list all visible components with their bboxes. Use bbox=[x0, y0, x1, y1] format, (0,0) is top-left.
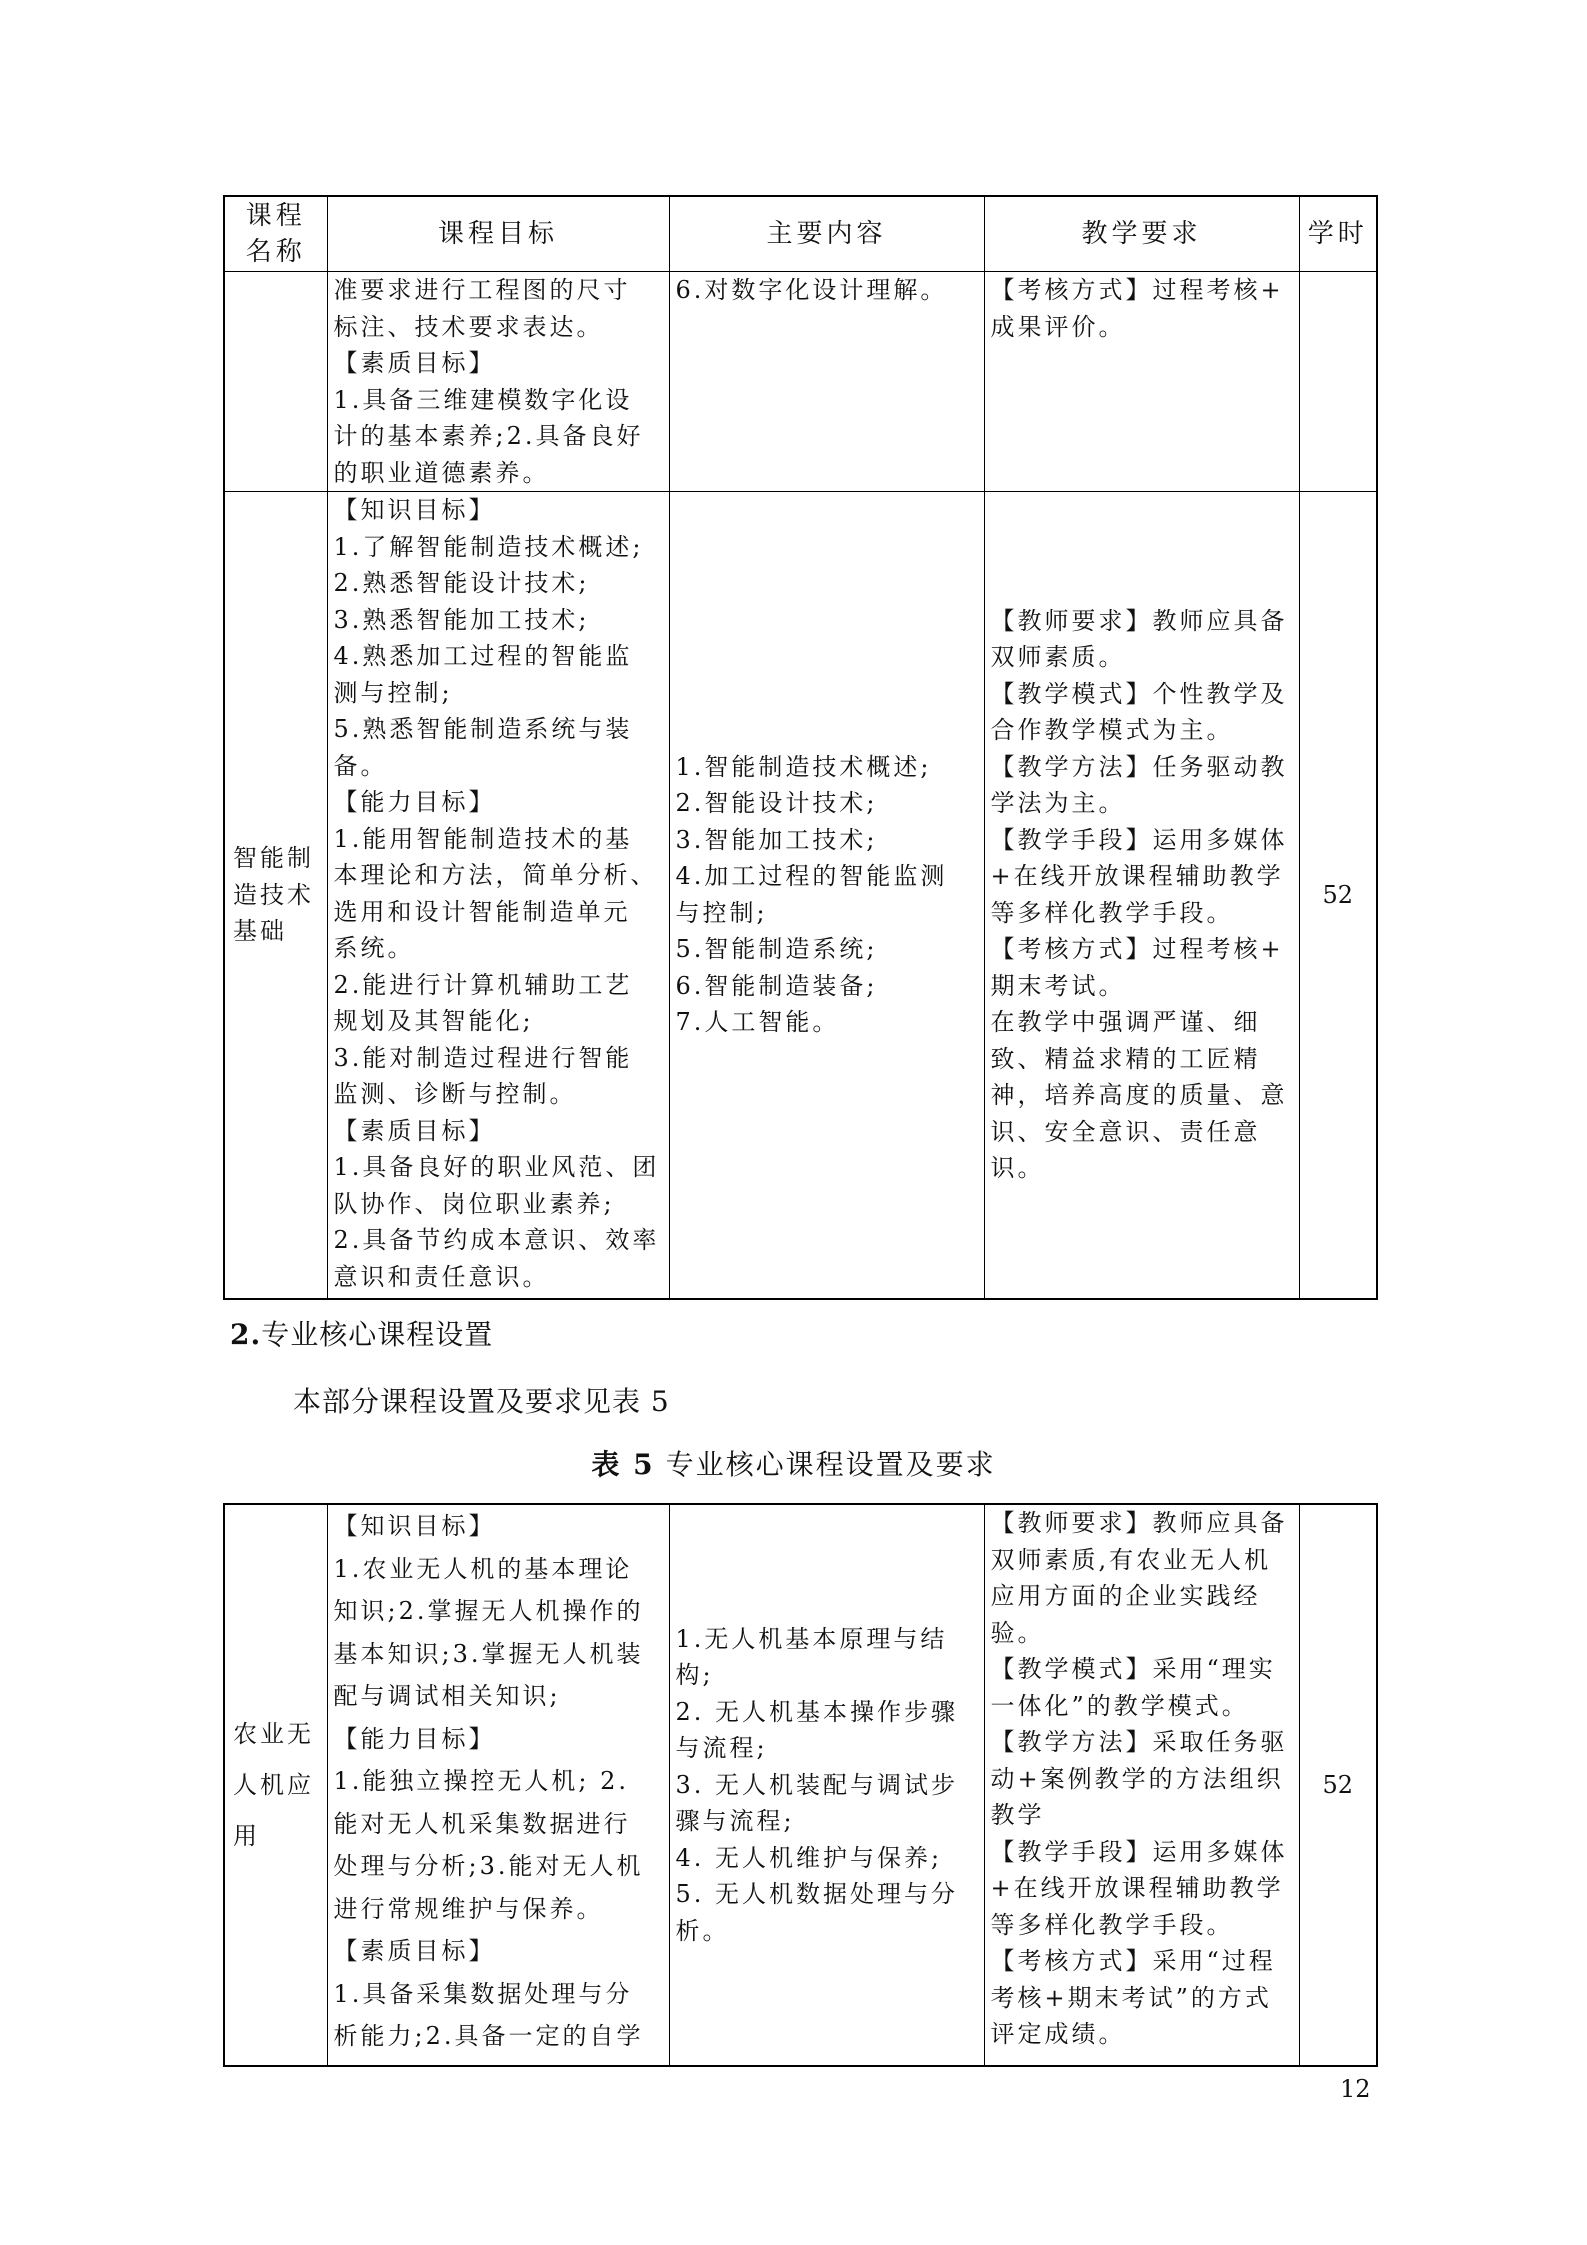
header-hours: 学时 bbox=[1299, 196, 1377, 272]
cell-line: 5.熟悉智能制造系统与装 bbox=[334, 711, 663, 748]
cell-line: 规划及其智能化; bbox=[334, 1003, 663, 1040]
header-course-goals: 课程目标 bbox=[327, 196, 669, 272]
cell-line: 等多样化教学手段。 bbox=[991, 1907, 1293, 1944]
cell-line: 【知识目标】 bbox=[334, 492, 663, 529]
cell-line: 的职业道德素养。 bbox=[334, 455, 663, 492]
course-name-line: 农业无 bbox=[233, 1709, 319, 1760]
cell-line: 1.具备良好的职业风范、团 bbox=[334, 1149, 663, 1186]
cell-line: 【知识目标】 bbox=[334, 1505, 663, 1548]
cell-line: 【能力目标】 bbox=[334, 1718, 663, 1761]
header-teaching-requirements: 教学要求 bbox=[984, 196, 1299, 272]
cell-line: 2.智能设计技术; bbox=[676, 785, 978, 822]
cell-line: 3.熟悉智能加工技术; bbox=[334, 602, 663, 639]
cell-line: 与流程; bbox=[676, 1730, 978, 1767]
cell-line: 双师素质。 bbox=[991, 639, 1293, 676]
main-content-cell: 6.对数字化设计理解。 bbox=[669, 272, 984, 492]
cell-line: 1.具备三维建模数字化设 bbox=[334, 382, 663, 419]
course-name-cell: 农业无人机应用 bbox=[224, 1504, 327, 2066]
cell-line: 等多样化教学手段。 bbox=[991, 895, 1293, 932]
course-name-line: 智能制 bbox=[233, 840, 319, 877]
cell-line: 队协作、岗位职业素养; bbox=[334, 1186, 663, 1223]
course-name-line: 用 bbox=[233, 1811, 319, 1862]
cell-line: 致、精益求精的工匠精 bbox=[991, 1041, 1293, 1078]
cell-line: 标注、技术要求表达。 bbox=[334, 309, 663, 346]
course-goals-cell: 准要求进行工程图的尺寸标注、技术要求表达。【素质目标】1.具备三维建模数字化设计… bbox=[327, 272, 669, 492]
cell-line: 【教学手段】运用多媒体 bbox=[991, 1834, 1293, 1871]
cell-line: 【素质目标】 bbox=[334, 345, 663, 382]
cell-line: 验。 bbox=[991, 1615, 1293, 1652]
cell-line: 【素质目标】 bbox=[334, 1930, 663, 1973]
cell-line: 考核+期末考试”的方式 bbox=[991, 1980, 1293, 2017]
cell-line: 4.熟悉加工过程的智能监 bbox=[334, 638, 663, 675]
cell-line: 测与控制; bbox=[334, 675, 663, 712]
course-name-line: 造技术 bbox=[233, 877, 319, 914]
teaching-requirements-cell: 【教师要求】教师应具备双师素质。【教学模式】个性教学及合作教学模式为主。【教学方… bbox=[984, 492, 1299, 1299]
cell-line: 神，培养高度的质量、意 bbox=[991, 1077, 1293, 1114]
cell-line: 【教学模式】采用“理实 bbox=[991, 1651, 1293, 1688]
cell-line: 析能力;2.具备一定的自学 bbox=[334, 2015, 663, 2058]
cell-line: 【考核方式】采用“过程 bbox=[991, 1943, 1293, 1980]
cell-line: 意识和责任意识。 bbox=[334, 1259, 663, 1296]
cell-line: 【教师要求】教师应具备 bbox=[991, 1505, 1293, 1542]
cell-line: 4. 无人机维护与保养; bbox=[676, 1840, 978, 1877]
cell-line: 备。 bbox=[334, 748, 663, 785]
cell-line: 2.具备节约成本意识、效率 bbox=[334, 1222, 663, 1259]
cell-line: 2. 无人机基本操作步骤 bbox=[676, 1694, 978, 1731]
course-goals-cell: 【知识目标】1.了解智能制造技术概述;2.熟悉智能设计技术;3.熟悉智能加工技术… bbox=[327, 492, 669, 1299]
cell-line: 骤与流程; bbox=[676, 1803, 978, 1840]
hours-cell: 52 bbox=[1299, 492, 1377, 1299]
table-row: 准要求进行工程图的尺寸标注、技术要求表达。【素质目标】1.具备三维建模数字化设计… bbox=[224, 272, 1377, 492]
cell-line: 【教学方法】采取任务驱 bbox=[991, 1724, 1293, 1761]
hours-cell: 52 bbox=[1299, 1504, 1377, 2066]
cell-line: 系统。 bbox=[334, 930, 663, 967]
cell-line: 合作教学模式为主。 bbox=[991, 712, 1293, 749]
header-course-name: 课程 名称 bbox=[224, 196, 327, 272]
page-number: 12 bbox=[1340, 2075, 1371, 2103]
cell-line: 双师素质,有农业无人机 bbox=[991, 1542, 1293, 1579]
cell-line: 【考核方式】过程考核+ bbox=[991, 272, 1293, 309]
cell-line: 1.农业无人机的基本理论 bbox=[334, 1548, 663, 1591]
course-goals-cell: 【知识目标】1.农业无人机的基本理论知识;2.掌握无人机操作的基本知识;3.掌握… bbox=[327, 1504, 669, 2066]
cell-line: 期末考试。 bbox=[991, 968, 1293, 1005]
cell-line: 基本知识;3.掌握无人机装 bbox=[334, 1633, 663, 1676]
cell-line: 1.无人机基本原理与结 bbox=[676, 1621, 978, 1658]
section-number: 2. bbox=[230, 1318, 261, 1351]
cell-line: 识、安全意识、责任意识。 bbox=[991, 1114, 1293, 1187]
section-heading: 2.专业核心课程设置 bbox=[230, 1313, 493, 1353]
cell-line: 配与调试相关知识; bbox=[334, 1675, 663, 1718]
cell-line: 2.能进行计算机辅助工艺 bbox=[334, 967, 663, 1004]
cell-line: 准要求进行工程图的尺寸 bbox=[334, 272, 663, 309]
cell-line: 【教学方法】任务驱动教 bbox=[991, 749, 1293, 786]
cell-line: 3. 无人机装配与调试步 bbox=[676, 1767, 978, 1804]
cell-line: 学法为主。 bbox=[991, 785, 1293, 822]
section-paragraph: 本部分课程设置及要求见表 5 bbox=[293, 1380, 670, 1420]
hours-cell bbox=[1299, 272, 1377, 492]
course-name-cell bbox=[224, 272, 327, 492]
teaching-requirements-cell: 【教师要求】教师应具备双师素质,有农业无人机应用方面的企业实践经验。【教学模式】… bbox=[984, 1504, 1299, 2066]
table-caption: 表 5 专业核心课程设置及要求 bbox=[0, 1443, 1587, 1483]
cell-line: 监测、诊断与控制。 bbox=[334, 1076, 663, 1113]
header-main-content: 主要内容 bbox=[669, 196, 984, 272]
teaching-requirements-cell: 【考核方式】过程考核+成果评价。 bbox=[984, 272, 1299, 492]
cell-line: 动+案例教学的方法组织 bbox=[991, 1761, 1293, 1798]
cell-line: 【教学手段】运用多媒体 bbox=[991, 822, 1293, 859]
cell-line: 1.具备采集数据处理与分 bbox=[334, 1973, 663, 2016]
cell-line: 选用和设计智能制造单元 bbox=[334, 894, 663, 931]
cell-line: 1.能用智能制造技术的基 bbox=[334, 821, 663, 858]
table-row: 农业无人机应用 【知识目标】1.农业无人机的基本理论知识;2.掌握无人机操作的基… bbox=[224, 1504, 1377, 2066]
cell-line: 应用方面的企业实践经 bbox=[991, 1578, 1293, 1615]
course-name-line: 人机应 bbox=[233, 1760, 319, 1811]
cell-line: 5.智能制造系统; bbox=[676, 931, 978, 968]
course-table-5: 农业无人机应用 【知识目标】1.农业无人机的基本理论知识;2.掌握无人机操作的基… bbox=[223, 1503, 1378, 2067]
cell-line: 一体化”的教学模式。 bbox=[991, 1688, 1293, 1725]
cell-line: 【能力目标】 bbox=[334, 784, 663, 821]
cell-line: 6.智能制造装备; bbox=[676, 968, 978, 1005]
main-content-cell: 1.智能制造技术概述;2.智能设计技术;3.智能加工技术;4.加工过程的智能监测… bbox=[669, 492, 984, 1299]
cell-line: 教学 bbox=[991, 1797, 1293, 1834]
course-table-4: 课程 名称 课程目标 主要内容 教学要求 学时 准要求进行工程图的尺寸标注、技术… bbox=[223, 195, 1378, 1300]
cell-line: 【教师要求】教师应具备 bbox=[991, 603, 1293, 640]
cell-line: 本理论和方法，简单分析、 bbox=[334, 857, 663, 894]
cell-line: 1.智能制造技术概述; bbox=[676, 749, 978, 786]
cell-line: 析。 bbox=[676, 1913, 978, 1950]
caption-prefix: 表 5 bbox=[591, 1448, 654, 1481]
cell-line: +在线开放课程辅助教学 bbox=[991, 1870, 1293, 1907]
caption-title: 专业核心课程设置及要求 bbox=[666, 1448, 996, 1481]
cell-line: 【考核方式】过程考核+ bbox=[991, 931, 1293, 968]
cell-line: 评定成绩。 bbox=[991, 2016, 1293, 2053]
main-content-cell: 1.无人机基本原理与结构;2. 无人机基本操作步骤与流程;3. 无人机装配与调试… bbox=[669, 1504, 984, 2066]
cell-line: 5. 无人机数据处理与分 bbox=[676, 1876, 978, 1913]
course-name-line: 基础 bbox=[233, 913, 319, 950]
cell-line: 4.加工过程的智能监测 bbox=[676, 858, 978, 895]
cell-line: 1.了解智能制造技术概述; bbox=[334, 529, 663, 566]
cell-line: 在教学中强调严谨、细 bbox=[991, 1004, 1293, 1041]
cell-line: 3.智能加工技术; bbox=[676, 822, 978, 859]
cell-line: 【教学模式】个性教学及 bbox=[991, 676, 1293, 713]
course-name-cell: 智能制造技术基础 bbox=[224, 492, 327, 1299]
cell-line: 6.对数字化设计理解。 bbox=[676, 272, 978, 309]
cell-line: 与控制; bbox=[676, 895, 978, 932]
section-title: 专业核心课程设置 bbox=[261, 1318, 493, 1351]
cell-line: 7.人工智能。 bbox=[676, 1004, 978, 1041]
cell-line: 知识;2.掌握无人机操作的 bbox=[334, 1590, 663, 1633]
cell-line: 能对无人机采集数据进行 bbox=[334, 1803, 663, 1846]
cell-line: 处理与分析;3.能对无人机 bbox=[334, 1845, 663, 1888]
table-header-row: 课程 名称 课程目标 主要内容 教学要求 学时 bbox=[224, 196, 1377, 272]
cell-line: 成果评价。 bbox=[991, 309, 1293, 346]
cell-line: 计的基本素养;2.具备良好 bbox=[334, 418, 663, 455]
cell-line: 1.能独立操控无人机; 2. bbox=[334, 1760, 663, 1803]
cell-line: 【素质目标】 bbox=[334, 1113, 663, 1150]
cell-line: 进行常规维护与保养。 bbox=[334, 1888, 663, 1931]
cell-line: +在线开放课程辅助教学 bbox=[991, 858, 1293, 895]
table-row: 智能制造技术基础 【知识目标】1.了解智能制造技术概述;2.熟悉智能设计技术;3… bbox=[224, 492, 1377, 1299]
cell-line: 构; bbox=[676, 1657, 978, 1694]
cell-line: 3.能对制造过程进行智能 bbox=[334, 1040, 663, 1077]
cell-line: 2.熟悉智能设计技术; bbox=[334, 565, 663, 602]
